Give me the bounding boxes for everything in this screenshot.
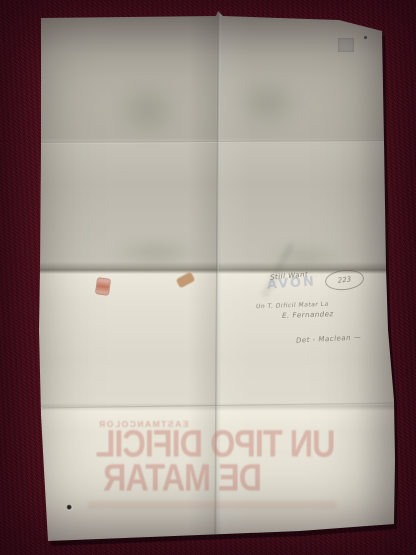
photo-scene: Still Want 223 AVON Un T. Dificil Matar …: [0, 0, 416, 555]
faint-blue-watermark: AVON: [267, 274, 317, 292]
horizontal-fold-line-lower: [43, 403, 394, 410]
tape-residue-stain: [96, 278, 110, 295]
faded-stamp: [338, 38, 354, 52]
circled-number-text: 223: [337, 275, 351, 284]
showthrough-smudge: [222, 66, 314, 141]
pencil-extra-note: Det - Maclean —: [296, 333, 362, 344]
pin-hole: [66, 504, 73, 511]
brown-smudge-stain: [176, 272, 196, 289]
showthrough-credits-band: [88, 501, 336, 509]
showthrough-smudge: [100, 68, 195, 153]
poster-paper-back: Still Want 223 AVON Un T. Dificil Matar …: [0, 0, 416, 555]
pencil-title-note: Un T. Dificil Matar La: [256, 301, 329, 311]
horizontal-fold-line-upper: [41, 140, 384, 144]
showthrough-title-line2: DE MATAR: [64, 459, 302, 497]
small-ink-dot: [364, 36, 367, 39]
showthrough-smudge: [88, 232, 223, 274]
pencil-director-note: E. Fernandez: [282, 310, 334, 320]
